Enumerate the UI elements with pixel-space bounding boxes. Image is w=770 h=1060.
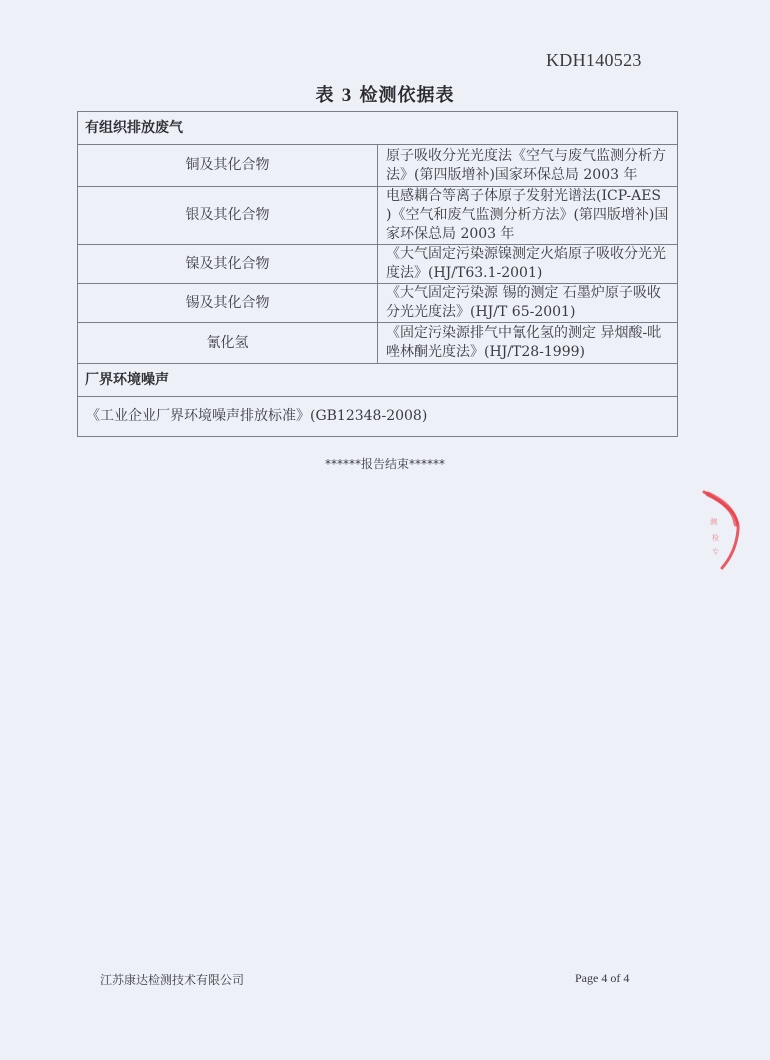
footer-company-name: 江苏康达检测技术有限公司: [100, 971, 244, 988]
section-header-row: 有组织排放废气: [78, 112, 678, 145]
table-row: 《工业企业厂界环境噪声排放标准》(GB12348-2008): [78, 397, 678, 437]
footer-page-number: Page 4 of 4: [575, 971, 629, 986]
item-name: 镍及其化合物: [78, 245, 378, 284]
item-method: 《大气固定污染源镍测定火焰原子吸收分光光度法》(HJ/T63.1-2001): [378, 245, 678, 284]
table-title: 表 3 检测依据表: [0, 81, 770, 107]
section-title: 有组织排放废气: [78, 112, 678, 145]
item-method: 电感耦合等离子体原子发射光谱法(ICP-AES )《空气和废气监测分析方法》(第…: [378, 187, 678, 245]
item-method: 《固定污染源排气中氰化氢的测定 异烟酸-吡唑林酮光度法》(HJ/T28-1999…: [378, 323, 678, 364]
table-row: 镍及其化合物 《大气固定污染源镍测定火焰原子吸收分光光度法》(HJ/T63.1-…: [78, 245, 678, 284]
table-title-prefix: 表: [315, 85, 334, 106]
red-seal-stamp-icon: 测 检 专: [700, 488, 750, 570]
svg-text:测: 测: [710, 517, 717, 526]
svg-text:检: 检: [712, 533, 719, 542]
section-header-row: 厂界环境噪声: [78, 364, 678, 397]
item-name: 银及其化合物: [78, 187, 378, 245]
item-name: 氰化氢: [78, 323, 378, 364]
item-method: 《大气固定污染源 锡的测定 石墨炉原子吸收分光光度法》(HJ/T 65-2001…: [378, 284, 678, 323]
table-number: 3: [342, 85, 353, 106]
table-row: 氰化氢 《固定污染源排气中氰化氢的测定 异烟酸-吡唑林酮光度法》(HJ/T28-…: [78, 323, 678, 364]
testing-basis-table: 有组织排放废气 铜及其化合物 原子吸收分光光度法《空气与废气监测分析方法》(第四…: [77, 111, 678, 437]
table-title-text: 检测依据表: [360, 85, 455, 106]
section-title: 厂界环境噪声: [78, 364, 678, 397]
item-name: 铜及其化合物: [78, 145, 378, 187]
table-row: 银及其化合物 电感耦合等离子体原子发射光谱法(ICP-AES )《空气和废气监测…: [78, 187, 678, 245]
item-name: 锡及其化合物: [78, 284, 378, 323]
svg-text:专: 专: [712, 547, 719, 556]
report-end-mark: ******报告结束******: [0, 455, 770, 472]
item-method: 原子吸收分光光度法《空气与废气监测分析方法》(第四版增补)国家环保总局 2003…: [378, 145, 678, 187]
section-method: 《工业企业厂界环境噪声排放标准》(GB12348-2008): [78, 397, 678, 437]
table-row: 锡及其化合物 《大气固定污染源 锡的测定 石墨炉原子吸收分光光度法》(HJ/T …: [78, 284, 678, 323]
table-row: 铜及其化合物 原子吸收分光光度法《空气与废气监测分析方法》(第四版增补)国家环保…: [78, 145, 678, 187]
report-id: KDH140523: [546, 50, 642, 71]
